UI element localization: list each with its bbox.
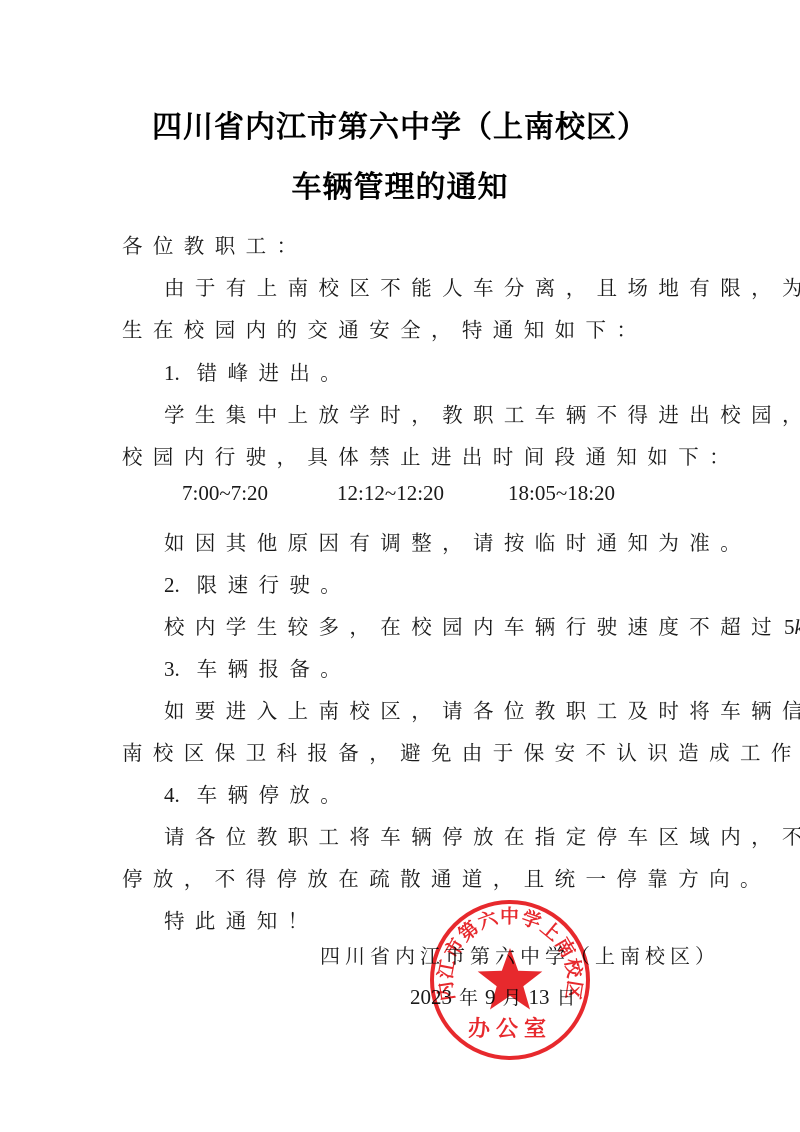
document-title-school: 四川省内江市第六中学（上南校区）	[0, 108, 800, 148]
section-4-body-line-1: 请各位教职工将车辆停放在指定停车区域内，不得随意	[164, 816, 724, 858]
section-4-title: 车辆停放。	[197, 783, 352, 807]
section-3-heading: 3. 车辆报备。	[164, 648, 724, 690]
section-2-body: 校内学生较多，在校园内车辆行驶速度不超过5km/h。	[164, 606, 724, 648]
section-2-title: 限速行驶。	[197, 573, 352, 597]
section-1-body-line-2: 校园内行驶，具体禁止进出时间段通知如下：	[122, 436, 682, 478]
section-1-body-line-1: 学生集中上放学时，教职工车辆不得进出校园，不得在	[164, 394, 724, 436]
section-2-heading: 2. 限速行驶。	[164, 564, 724, 606]
salutation: 各位教职工：	[122, 225, 682, 267]
section-4-heading: 4. 车辆停放。	[164, 774, 724, 816]
intro-line-1: 由于有上南校区不能人车分离，且场地有限，为保障学	[164, 267, 724, 309]
time-slot-evening: 18:05~18:20	[508, 481, 615, 506]
section-1-title: 错峰进出。	[197, 361, 352, 385]
official-seal: 内江市第六中学上南校区 办公室	[428, 898, 592, 1062]
section-4-body-line-2: 停放，不得停放在疏散通道，且统一停靠方向。	[122, 858, 682, 900]
section-1-note: 如因其他原因有调整，请按临时通知为准。	[164, 522, 724, 564]
section-3-number: 3.	[164, 657, 180, 681]
speed-limit-value: 5	[784, 615, 795, 639]
document-page: 四川省内江市第六中学（上南校区） 车辆管理的通知 各位教职工： 由于有上南校区不…	[0, 0, 800, 1132]
section-1-number: 1.	[164, 361, 180, 385]
section-2-number: 2.	[164, 573, 180, 597]
restricted-time-slots: 7:00~7:20 12:12~12:20 18:05~18:20	[0, 481, 800, 511]
section-1-heading: 1. 错峰进出。	[164, 352, 724, 394]
section-4-number: 4.	[164, 783, 180, 807]
section-3-body-line-1: 如要进入上南校区，请各位教职工及时将车辆信息向上	[164, 690, 724, 732]
seal-bottom-text: 办公室	[468, 1016, 552, 1042]
star-icon	[478, 948, 543, 1010]
speed-limit-text: 校内学生较多，在校园内车辆行驶速度不超过	[164, 615, 782, 639]
document-title-subject: 车辆管理的通知	[0, 168, 800, 208]
time-slot-morning: 7:00~7:20	[182, 481, 268, 506]
time-slot-noon: 12:12~12:20	[337, 481, 444, 506]
section-3-body-line-2: 南校区保卫科报备，避免由于保安不认识造成工作延误。	[122, 732, 682, 774]
intro-line-2: 生在校园内的交通安全，特通知如下：	[122, 309, 682, 351]
section-3-title: 车辆报备。	[197, 657, 352, 681]
speed-limit-unit: km/h	[795, 615, 800, 639]
